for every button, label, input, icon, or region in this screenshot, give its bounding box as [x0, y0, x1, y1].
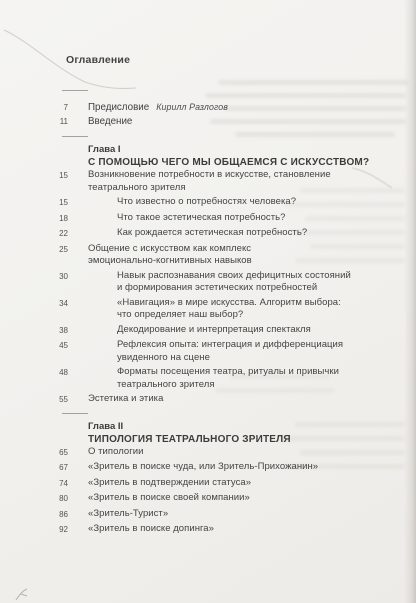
- chapter-entry-list: 65О типологии67«Зритель в поиске чуда, и…: [0, 446, 416, 537]
- section-rule: [62, 90, 88, 91]
- toc-entry-text: «Зритель в поиске допинга»: [88, 523, 214, 536]
- toc-page-number: 80: [52, 492, 68, 506]
- toc-page-number: 15: [52, 196, 68, 210]
- front-matter-row: 7ПредисловиеКирилл Разлогов: [0, 101, 416, 114]
- book-toc-page: Оглавление 7ПредисловиеКирилл Разлогов11…: [0, 0, 416, 603]
- front-matter-row: 11Введение: [0, 115, 416, 128]
- toc-entry-text: Рефлексия опыта: интеграция и дифференци…: [117, 339, 343, 364]
- toc-page-number: 11: [52, 115, 68, 128]
- chapter-heading: Глава IС ПОМОЩЬЮ ЧЕГО МЫ ОБЩАЕМСЯ С ИСКУ…: [88, 143, 416, 169]
- toc-entry-row: 74«Зритель в подтверждении статуса»: [0, 477, 416, 491]
- front-matter-author: Кирилл Разлогов: [156, 102, 228, 112]
- toc-entry-text: ПредисловиеКирилл Разлогов: [88, 101, 228, 114]
- toc-entry-text: «Зритель-Турист»: [88, 508, 168, 521]
- toc-page-number: 55: [52, 393, 68, 407]
- toc-entry-row: 65О типологии: [0, 446, 416, 460]
- toc-entry-text: Возникновение потребности в искусстве, с…: [88, 169, 331, 194]
- toc-page-number: 30: [52, 270, 68, 284]
- front-matter-label: Введение: [88, 116, 132, 127]
- toc-page-number: 65: [52, 446, 68, 460]
- toc-page-number: 15: [52, 169, 68, 183]
- toc-entry-text: «Навигация» в мире искусства. Алгоритм в…: [117, 297, 341, 322]
- toc-page-number: 18: [52, 212, 68, 226]
- page-title: Оглавление: [66, 54, 416, 67]
- table-of-contents: Оглавление 7ПредисловиеКирилл Разлогов11…: [0, 0, 416, 603]
- toc-page-number: 34: [52, 297, 68, 311]
- chapter-number: Глава II: [88, 420, 416, 433]
- toc-entry-text: Декодирование и интерпретация спектакля: [117, 324, 311, 337]
- toc-entry-text: Что такое эстетическая потребность?: [117, 212, 285, 225]
- toc-entry-row: 48Форматы посещения театра, ритуалы и пр…: [0, 366, 416, 391]
- toc-page-number: 92: [52, 523, 68, 537]
- toc-entry-text: «Зритель в поиске своей компании»: [88, 492, 250, 505]
- toc-entry-row: 15Что известно о потребностях человека?: [0, 196, 416, 210]
- section-rule: [62, 413, 88, 414]
- toc-entry-text: Эстетика и этика: [88, 393, 163, 406]
- toc-entry-row: 34«Навигация» в мире искусства. Алгоритм…: [0, 297, 416, 322]
- chapters: Глава IС ПОМОЩЬЮ ЧЕГО МЫ ОБЩАЕМСЯ С ИСКУ…: [0, 136, 416, 537]
- toc-page-number: 74: [52, 477, 68, 491]
- toc-entry-text: Как рождается эстетическая потребность?: [117, 227, 307, 240]
- toc-entry-row: 38Декодирование и интерпретация спектакл…: [0, 324, 416, 338]
- front-matter-label: Предисловие: [88, 102, 149, 113]
- toc-entry-row: 86«Зритель-Турист»: [0, 508, 416, 522]
- toc-entry-row: 92«Зритель в поиске допинга»: [0, 523, 416, 537]
- toc-entry-text: О типологии: [88, 446, 143, 459]
- toc-entry-text: «Зритель в подтверждении статуса»: [88, 477, 251, 490]
- toc-page-number: 38: [52, 324, 68, 338]
- toc-entry-row: 22Как рождается эстетическая потребность…: [0, 227, 416, 241]
- toc-entry-row: 30Навык распознавания своих дефицитных с…: [0, 270, 416, 295]
- toc-entry-text: Введение: [88, 115, 132, 128]
- toc-page-number: 25: [52, 243, 68, 257]
- toc-entry-row: 18Что такое эстетическая потребность?: [0, 212, 416, 226]
- toc-entry-row: 25Общение с искусством как комплексэмоци…: [0, 243, 416, 268]
- chapter-title: ТИПОЛОГИЯ ТЕАТРАЛЬНОГО ЗРИТЕЛЯ: [88, 433, 416, 446]
- chapter-heading: Глава IIТИПОЛОГИЯ ТЕАТРАЛЬНОГО ЗРИТЕЛЯ: [88, 420, 416, 446]
- toc-entry-row: 45Рефлексия опыта: интеграция и дифферен…: [0, 339, 416, 364]
- toc-entry-row: 55Эстетика и этика: [0, 393, 416, 407]
- toc-entry-text: «Зритель в поиске чуда, или Зритель-Прих…: [88, 461, 318, 474]
- toc-page-number: 86: [52, 508, 68, 522]
- toc-entry-text: Форматы посещения театра, ритуалы и прив…: [117, 366, 339, 391]
- chapter-number: Глава I: [88, 143, 416, 156]
- toc-page-number: 45: [52, 339, 68, 353]
- toc-entry-row: 67«Зритель в поиске чуда, или Зритель-Пр…: [0, 461, 416, 475]
- chapter-entry-list: 15Возникновение потребности в искусстве,…: [0, 169, 416, 407]
- front-matter-list: 7ПредисловиеКирилл Разлогов11Введение: [0, 101, 416, 128]
- toc-entry-row: 80«Зритель в поиске своей компании»: [0, 492, 416, 506]
- toc-entry-text: Что известно о потребностях человека?: [117, 196, 296, 209]
- toc-page-number: 48: [52, 366, 68, 380]
- toc-entry-text: Общение с искусством как комплексэмоцион…: [88, 243, 252, 268]
- toc-page-number: 22: [52, 227, 68, 241]
- toc-entry-text: Навык распознавания своих дефицитных сос…: [117, 270, 351, 295]
- section-rule: [62, 136, 88, 137]
- chapter-title: С ПОМОЩЬЮ ЧЕГО МЫ ОБЩАЕМСЯ С ИСКУССТВОМ?: [88, 156, 416, 169]
- toc-page-number: 7: [52, 101, 68, 114]
- toc-entry-row: 15Возникновение потребности в искусстве,…: [0, 169, 416, 194]
- toc-page-number: 67: [52, 461, 68, 475]
